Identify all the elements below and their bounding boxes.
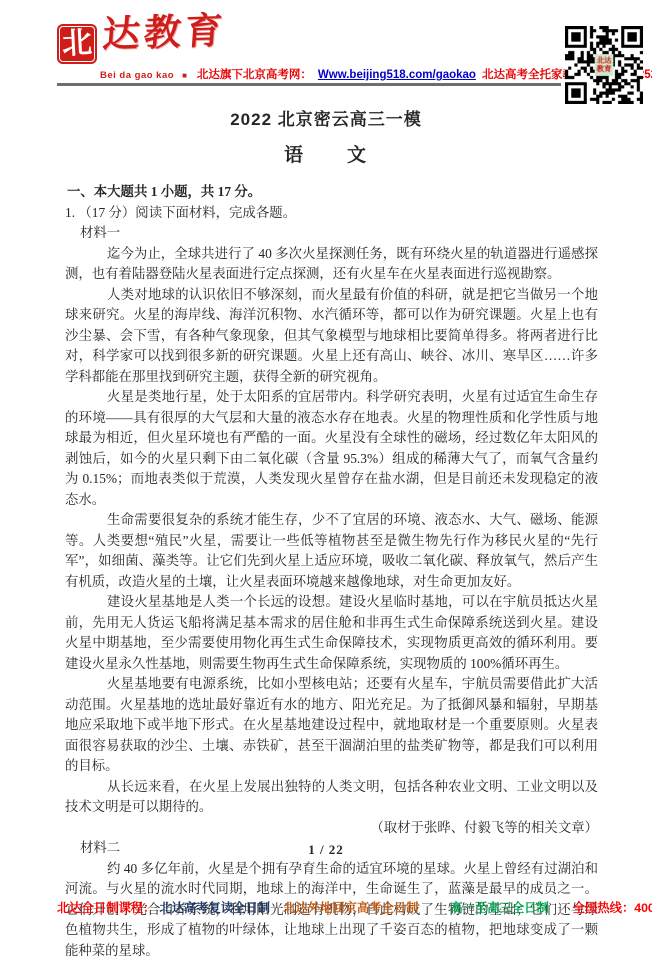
footer-course-gaoyi: 高一至高三全日制: [450, 898, 548, 916]
beijing518-link[interactable]: Www.beijing518.com/gaokao: [318, 69, 476, 81]
exam-subject: 语 文: [0, 140, 652, 167]
square-bullet-icon: ■: [182, 71, 187, 80]
footer-course-fudu: 北达高考复读全日制: [159, 898, 270, 916]
page-footer: 北达全日制课程：北达高考复读全日制北达外地回京高考全日制高一至高三全日制全国热线…: [57, 898, 622, 916]
material1-label: 材料一: [65, 223, 598, 244]
material1-paragraph: 建设火星基地是人类一个长远的设想。建设火星临时基地，可以在宇航员抵达火星前，先用…: [65, 592, 598, 674]
footer-hotline: 全国热线：400-6168-182: [573, 898, 652, 916]
brand-tagline: Bei da gao kao: [100, 70, 174, 81]
material1-paragraph: 人类对地球的认识依旧不够深刻，而火星最有价值的科研，就是把它当做另一个地球来研究…: [65, 285, 598, 388]
exam-title: 2022 北京密云高三一模: [0, 105, 652, 130]
page-number: 1 / 22: [0, 842, 652, 858]
material1-paragraph: 从长远来看，在火星上发展出独特的人类文明，包括各种农业文明、工业文明以及技术文明…: [65, 777, 598, 818]
brand-calligraphy: 达教育: [102, 12, 228, 53]
material1-paragraph: 生命需要很复杂的系统才能生存，少不了宜居的环境、液态水、大气、磁场、能源等。人类…: [65, 510, 598, 592]
beida-seal-logo-icon: 北: [57, 24, 97, 64]
page-header: 北 达教育 Bei da gao kao ■ 北达旗下北京高考网： Www.be…: [0, 0, 652, 96]
material1-paragraph: 迄今为止，全球共进行了 40 多次火星探测任务，既有环绕火星的轨道器进行遥感探测…: [65, 244, 598, 285]
gaokao-site-label: 北达旗下北京高考网：: [197, 66, 312, 82]
footer-course-waidi: 北达外地回京高考全日制: [283, 898, 418, 916]
material1-paragraph: 火星基地要有电源系统，比如小型核电站；还要有火星车，宇航员需要借此扩大活动范围。…: [65, 674, 598, 777]
section-heading: 一、本大题共 1 小题，共 17 分。: [67, 182, 598, 203]
material1-paragraph: 火星是类地行星，处于太阳系的宜居带内。科学研究表明，火星有过适宜生命生存的环境—…: [65, 387, 598, 510]
qr-code: [565, 26, 643, 104]
seal-character: 北: [61, 28, 93, 60]
question-intro: 1. （17 分）阅读下面材料，完成各题。: [65, 203, 598, 224]
material1-attribution: （取材于张晔、付毅飞等的相关文章）: [65, 818, 598, 839]
header-divider: [57, 83, 561, 86]
footer-courses-label: 北达全日制课程：: [57, 898, 155, 916]
document-page: 北 达教育 Bei da gao kao ■ 北达旗下北京高考网： Www.be…: [0, 0, 652, 964]
